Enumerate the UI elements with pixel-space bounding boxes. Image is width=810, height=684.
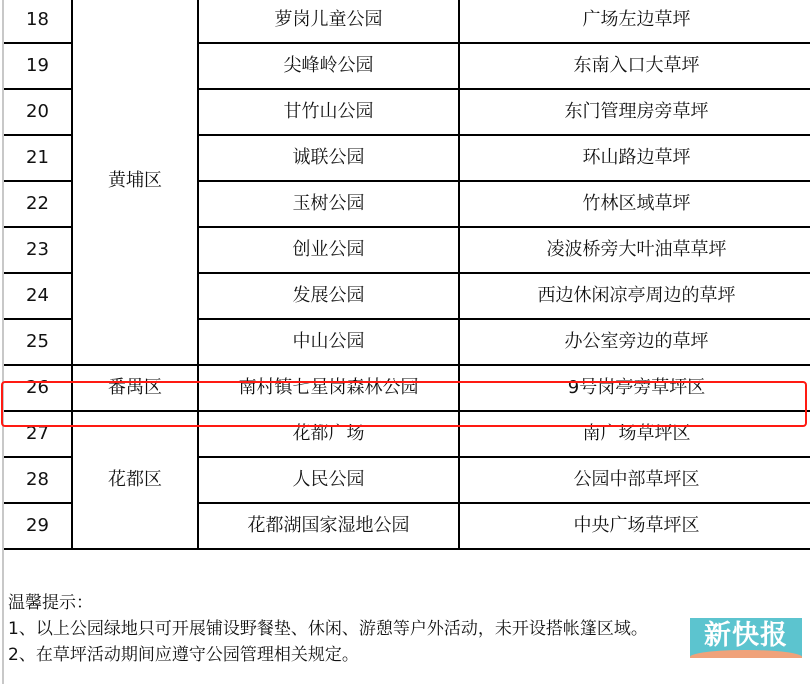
row-number: 26: [4, 365, 72, 411]
lawn-area: 中央广场草坪区: [459, 503, 810, 549]
row-number: 18: [4, 0, 72, 43]
watermark-arc-icon: [690, 650, 802, 658]
row-number: 23: [4, 227, 72, 273]
row-number: 20: [4, 89, 72, 135]
park-name: 南村镇七星岗森林公园: [198, 365, 459, 411]
tip-item: 1、以上公园绿地只可开展铺设野餐垫、休闲、游憩等户外活动，未开设搭帐篷区域。: [8, 616, 808, 642]
district-cell: 黄埔区: [72, 0, 198, 365]
lawn-area: 公园中部草坪区: [459, 457, 810, 503]
park-name: 尖峰岭公园: [198, 43, 459, 89]
park-name: 花都湖国家湿地公园: [198, 503, 459, 549]
lawn-area: 凌波桥旁大叶油草草坪: [459, 227, 810, 273]
watermark-logo: 新快报: [690, 618, 802, 658]
park-name: 发展公园: [198, 273, 459, 319]
lawn-area: 西边休闲凉亭周边的草坪: [459, 273, 810, 319]
row-number: 21: [4, 135, 72, 181]
tips-title: 温馨提示：: [8, 590, 808, 616]
lawn-area: 东门管理房旁草坪: [459, 89, 810, 135]
row-number: 25: [4, 319, 72, 365]
lawn-area: 环山路边草坪: [459, 135, 810, 181]
lawn-area: 东南入口大草坪: [459, 43, 810, 89]
row-number: 29: [4, 503, 72, 549]
row-number: 24: [4, 273, 72, 319]
park-name: 创业公园: [198, 227, 459, 273]
tips-section: 温馨提示： 1、以上公园绿地只可开展铺设野餐垫、休闲、游憩等户外活动，未开设搭帐…: [8, 590, 808, 668]
park-name: 玉树公园: [198, 181, 459, 227]
table-row-highlighted: 26 番禺区 南村镇七星岗森林公园 9号岗亭旁草坪区: [4, 365, 810, 411]
watermark-text: 新快报: [690, 619, 802, 653]
park-name: 花都广场: [198, 411, 459, 457]
row-number: 27: [4, 411, 72, 457]
lawn-area: 竹林区域草坪: [459, 181, 810, 227]
park-lawn-table: 18 黄埔区 萝岗儿童公园 广场左边草坪 19 尖峰岭公园 东南入口大草坪 20…: [4, 0, 810, 550]
table-row: 18 黄埔区 萝岗儿童公园 广场左边草坪: [4, 0, 810, 43]
lawn-area: 办公室旁边的草坪: [459, 319, 810, 365]
park-name: 甘竹山公园: [198, 89, 459, 135]
park-name: 人民公园: [198, 457, 459, 503]
lawn-area: 广场左边草坪: [459, 0, 810, 43]
district-cell: 番禺区: [72, 365, 198, 411]
lawn-area: 9号岗亭旁草坪区: [459, 365, 810, 411]
row-number: 22: [4, 181, 72, 227]
park-lawn-sheet: 18 黄埔区 萝岗儿童公园 广场左边草坪 19 尖峰岭公园 东南入口大草坪 20…: [0, 0, 810, 684]
row-number: 28: [4, 457, 72, 503]
park-name: 中山公园: [198, 319, 459, 365]
park-name: 萝岗儿童公园: [198, 0, 459, 43]
tip-item: 2、在草坪活动期间应遵守公园管理相关规定。: [8, 642, 808, 668]
park-name: 诚联公园: [198, 135, 459, 181]
table-row: 27 花都区 花都广场 南广场草坪区: [4, 411, 810, 457]
lawn-area: 南广场草坪区: [459, 411, 810, 457]
district-cell: 花都区: [72, 411, 198, 549]
row-number: 19: [4, 43, 72, 89]
